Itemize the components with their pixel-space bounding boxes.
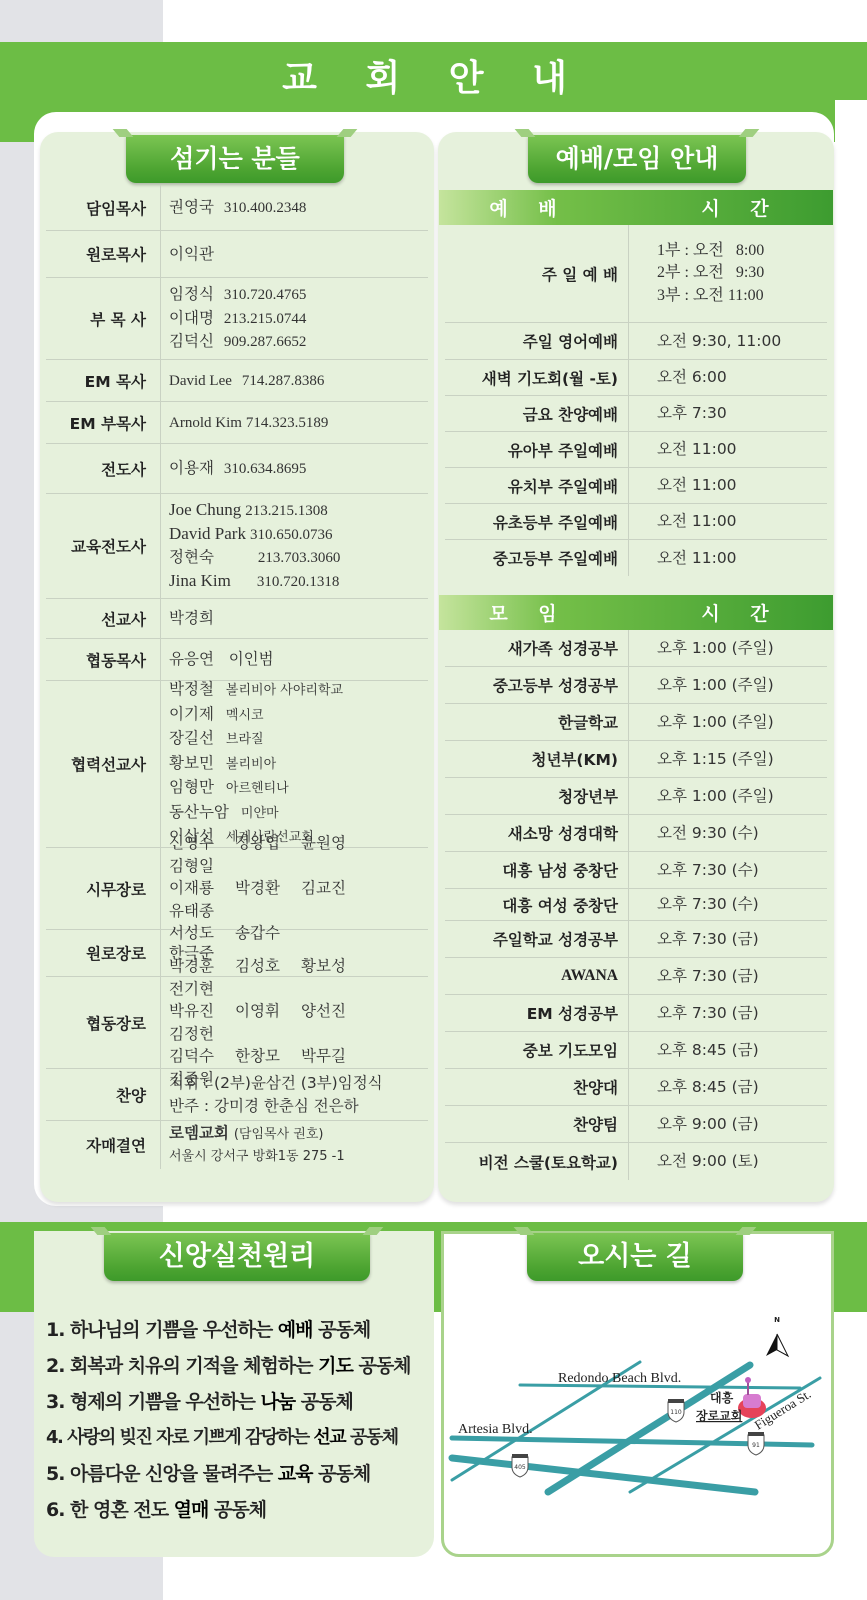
meeting-row: 찬양팀오후 9:00 (금)	[445, 1106, 827, 1143]
elder-name: 이재룡	[169, 877, 235, 900]
principle-item: 2. 회복과 치유의 기적을 체험하는 기도 공동체	[46, 1348, 426, 1384]
principle-keyword: 나눔	[260, 1391, 295, 1413]
elder-name: 박경환	[235, 877, 301, 900]
staff-phone: 310.720.4765	[224, 287, 307, 303]
directions-section-title: 오시는 길	[527, 1233, 743, 1281]
staff-role: 시무장로	[46, 848, 161, 929]
meeting-time: 오후 1:15 (주일)	[629, 741, 827, 777]
schedule-section-title: 예배/모임 안내	[528, 135, 746, 183]
principle-keyword: 기도	[318, 1355, 353, 1377]
staff-phone: 909.287.6652	[224, 334, 307, 350]
staff-name: 김덕신	[169, 332, 214, 350]
staff-phone: 310.650.0736	[250, 527, 333, 543]
meeting-name: 중보 기도모임	[445, 1032, 629, 1068]
staff-role: EM 목사	[46, 360, 161, 401]
worship-table-header: 예 배 시 간	[439, 190, 833, 225]
worship-time: 오전 11:00	[629, 468, 827, 503]
worship-time: 오전 9:30, 11:00	[629, 323, 827, 359]
staff-row-praise: 찬양 지휘 : (2부)윤삼건 (3부)임정식 반주 : 강미경 한춘심 전은하	[46, 1069, 428, 1121]
worship-name: 유치부 주일예배	[445, 468, 629, 503]
elder-name: 유태종	[169, 900, 235, 923]
staff-phone: 310.400.2348	[224, 200, 307, 216]
elder-name: 한창모	[235, 1045, 301, 1068]
meeting-row: 한글학교오후 1:00 (주일)	[445, 704, 827, 741]
staff-table: 담임목사 권영국310.400.2348 원로목사 이익관 부 목 사 임정식3…	[46, 185, 428, 1169]
staff-name: 유응연 이인범	[169, 650, 274, 668]
column-header-meeting: 모 임	[439, 599, 619, 626]
staff-name: 임정식	[169, 285, 214, 303]
staff-row-associate-pastors: 부 목 사 임정식310.720.4765 이대명213.215.0744 김덕…	[46, 278, 428, 360]
choir-conductors: 지휘 : (2부)윤삼건 (3부)임정식	[169, 1072, 428, 1095]
map-label-artesia: Artesia Blvd.	[458, 1422, 533, 1437]
staff-role: 협력선교사	[46, 681, 161, 847]
page-title: 교 회 안 내	[0, 50, 867, 101]
elder-name: 이영휘	[235, 1000, 301, 1023]
north-arrow-icon: N	[766, 1316, 788, 1356]
elder-name: 김정헌	[169, 1023, 235, 1046]
meeting-name: 찬양팀	[445, 1106, 629, 1142]
meeting-name: 한글학교	[445, 704, 629, 740]
worship-table: 예 배 시 간 주 일 예 배 1부 : 오전 8:00 2부 : 오전 9:3…	[439, 190, 833, 576]
meeting-row: 청장년부오후 1:00 (주일)	[445, 778, 827, 815]
staff-row-missionary: 선교사 박경희	[46, 599, 428, 639]
worship-time: 오전 11:00	[629, 504, 827, 539]
staff-role: 담임목사	[46, 185, 161, 230]
elder-name: 신영수	[169, 832, 235, 855]
worship-time: 3부 : 오전 11:00	[657, 285, 827, 308]
staff-phone: 213.215.1308	[245, 503, 328, 519]
freeway-shield-405-icon: 405	[512, 1454, 528, 1477]
meeting-name: EM 성경공부	[445, 995, 629, 1031]
worship-row: 주 일 예 배 1부 : 오전 8:00 2부 : 오전 9:30 3부 : 오…	[445, 225, 827, 323]
meeting-name: 청장년부	[445, 778, 629, 814]
staff-name: 정현숙	[169, 548, 214, 566]
worship-time: 2부 : 오전 9:30	[657, 262, 827, 285]
staff-role: 협동장로	[46, 977, 161, 1068]
worship-time: 1부 : 오전 8:00	[657, 240, 827, 263]
meeting-row: 새소망 성경대학오전 9:30 (수)	[445, 815, 827, 852]
missionary-name: 동산누암	[169, 803, 229, 821]
staff-name: 권영국	[169, 198, 214, 216]
mission-field: 아르헨티나	[226, 781, 289, 796]
staff-name: David Lee	[169, 373, 232, 389]
staff-section-title: 섬기는 분들	[126, 135, 344, 183]
meeting-name: 중고등부 성경공부	[445, 667, 629, 703]
meeting-time: 오후 8:45 (금)	[629, 1069, 827, 1105]
elder-name: 박경훈	[169, 955, 235, 978]
elder-name: 정왕엽	[235, 832, 301, 855]
worship-row: 유아부 주일예배 오전 11:00	[445, 432, 827, 468]
meeting-name: 새소망 성경대학	[445, 815, 629, 851]
staff-name: Joe Chung	[169, 500, 241, 519]
staff-phone: 213.215.0744	[224, 311, 307, 327]
meeting-time: 오전 9:00 (토)	[629, 1143, 827, 1180]
svg-text:N: N	[774, 1316, 780, 1324]
svg-text:405: 405	[514, 1464, 526, 1471]
meeting-time: 오후 1:00 (주일)	[629, 704, 827, 740]
meeting-name: 청년부(KM)	[445, 741, 629, 777]
worship-time: 오후 7:30	[629, 396, 827, 431]
freeway-shield-91-icon: 91	[748, 1432, 764, 1455]
worship-name: 유아부 주일예배	[445, 432, 629, 467]
elder-name: 김교진	[301, 877, 367, 900]
staff-phone: 310.720.1318	[257, 574, 340, 590]
staff-row-em-pastor: EM 목사 David Lee714.287.8386	[46, 360, 428, 402]
meeting-time: 오후 7:30 (수)	[629, 852, 827, 888]
elder-name: 윤원영	[301, 832, 367, 855]
worship-time: 오전 6:00	[629, 360, 827, 395]
principle-item: 6. 한 영혼 전도 열매 공동체	[46, 1492, 426, 1528]
map-label-redondo: Redondo Beach Blvd.	[558, 1371, 681, 1386]
principle-keyword: 예배	[278, 1319, 313, 1341]
meeting-name: 대흥 여성 중창단	[445, 889, 629, 920]
principle-item: 1. 하나님의 기쁨을 우선하는 예배 공동체	[46, 1312, 426, 1348]
staff-role: 전도사	[46, 444, 161, 493]
staff-role: 원로목사	[46, 231, 161, 277]
staff-row-sister-church: 자매결연 로뎀교회 (담임목사 권호) 서울시 강서구 방화1동 275 -1	[46, 1121, 428, 1169]
meeting-row: 대흥 남성 중창단오후 7:30 (수)	[445, 852, 827, 889]
staff-name: 박경희	[169, 609, 214, 627]
staff-name: 이대명	[169, 309, 214, 327]
elder-name: 김형일	[169, 855, 235, 878]
elder-name: 양선진	[301, 1000, 367, 1023]
staff-name: 이익관	[169, 245, 214, 263]
staff-phone: 714.287.8386	[242, 373, 325, 389]
worship-name: 새벽 기도회(월 -토)	[445, 360, 629, 395]
worship-name: 유초등부 주일예배	[445, 504, 629, 539]
meeting-row: 새가족 성경공부오후 1:00 (주일)	[445, 630, 827, 667]
column-header-worship: 예 배	[439, 194, 619, 221]
meeting-time: 오후 9:00 (금)	[629, 1106, 827, 1142]
meeting-row: 찬양대오후 8:45 (금)	[445, 1069, 827, 1106]
elder-name: 박유진	[169, 1000, 235, 1023]
missionary-name: 장길선	[169, 729, 214, 747]
staff-name: David Park	[169, 524, 246, 543]
staff-role: 부 목 사	[46, 278, 161, 359]
worship-row: 유치부 주일예배 오전 11:00	[445, 468, 827, 504]
meeting-time: 오후 1:00 (주일)	[629, 667, 827, 703]
map-label-church-line2: 장로교회	[696, 1408, 742, 1423]
staff-role: 교육전도사	[46, 494, 161, 598]
elder-name: 김성호	[235, 955, 301, 978]
staff-name: Jina Kim	[169, 571, 231, 590]
meeting-time: 오후 7:30 (금)	[629, 958, 827, 994]
worship-row: 금요 찬양예배 오후 7:30	[445, 396, 827, 432]
worship-row: 중고등부 주일예배 오전 11:00	[445, 540, 827, 576]
staff-row-partner-missionaries: 협력선교사 박정철볼리비아 사야리학교 이기제멕시코 장길선브라질 황보민볼리비…	[46, 681, 428, 848]
meeting-row: 주일학교 성경공부오후 7:30 (금)	[445, 921, 827, 958]
worship-row: 유초등부 주일예배 오전 11:00	[445, 504, 827, 540]
staff-row-emeritus-pastor: 원로목사 이익관	[46, 231, 428, 278]
worship-time: 오전 11:00	[629, 432, 827, 467]
staff-row-evangelist: 전도사 이용재310.634.8695	[46, 444, 428, 494]
freeway-shield-110-icon: 110	[668, 1399, 684, 1422]
principle-keyword: 교육	[278, 1463, 313, 1485]
meeting-row: 청년부(KM)오후 1:15 (주일)	[445, 741, 827, 778]
background-strip-top	[0, 0, 163, 42]
missionary-name: 임형만	[169, 778, 214, 796]
meeting-row: 중보 기도모임오후 8:45 (금)	[445, 1032, 827, 1069]
elder-name: 박무길	[301, 1045, 367, 1068]
staff-row-active-elders: 시무장로 신영수정왕엽윤원영김형일 이재룡박경환김교진유태종 서성도송갑수	[46, 848, 428, 930]
worship-name: 주일 영어예배	[445, 323, 629, 359]
sister-church-address: 서울시 강서구 방화1동 275 -1	[169, 1146, 428, 1169]
mission-field: 미얀마	[241, 806, 279, 821]
meeting-name: 대흥 남성 중창단	[445, 852, 629, 888]
meeting-row: AWANA오후 7:30 (금)	[445, 958, 827, 995]
svg-text:91: 91	[752, 1442, 760, 1449]
worship-row: 주일 영어예배 오전 9:30, 11:00	[445, 323, 827, 360]
meeting-name: 찬양대	[445, 1069, 629, 1105]
meeting-time: 오전 9:30 (수)	[629, 815, 827, 851]
meetings-table-header: 모 임 시 간	[439, 595, 833, 630]
elder-name: 김덕수	[169, 1045, 235, 1068]
worship-name: 중고등부 주일예배	[445, 540, 629, 576]
meeting-time: 오후 1:00 (주일)	[629, 778, 827, 814]
staff-role: 선교사	[46, 599, 161, 638]
staff-role: 협동목사	[46, 639, 161, 680]
location-map[interactable]: Redondo Beach Blvd. Artesia Blvd. Figuer…	[440, 1300, 840, 1540]
worship-name: 주 일 예 배	[445, 225, 629, 322]
staff-phone: 714.323.5189	[246, 415, 329, 431]
sister-church-note: (담임목사 권호)	[234, 1127, 324, 1142]
missionary-name: 황보민	[169, 754, 214, 772]
principle-item: 4. 사랑의 빚진 자로 기쁘게 감당하는 선교 공동체	[46, 1420, 426, 1456]
meetings-table: 모 임 시 간 새가족 성경공부오후 1:00 (주일) 중고등부 성경공부오후…	[439, 595, 833, 1180]
worship-time: 오전 11:00	[629, 540, 827, 576]
staff-phone: 213.703.3060	[258, 550, 341, 566]
staff-row-education-evangelists: 교육전도사 Joe Chung213.215.1308 David Park31…	[46, 494, 428, 599]
elder-name: 전기현	[169, 978, 235, 1001]
meeting-row: 중고등부 성경공부오후 1:00 (주일)	[445, 667, 827, 704]
svg-text:110: 110	[670, 1409, 682, 1416]
mission-field: 브라질	[226, 732, 264, 747]
staff-row-cooperating-elders: 협동장로 박경훈김성호황보성전기현 박유진이영휘양선진김정헌 김덕수한창모박무길…	[46, 977, 428, 1069]
meeting-time: 오후 7:30 (금)	[629, 921, 827, 957]
meeting-name: AWANA	[445, 958, 629, 994]
staff-role: 자매결연	[46, 1121, 161, 1169]
principle-keyword: 열매	[174, 1499, 209, 1521]
choir-accompanists: 반주 : 강미경 한춘심 전은하	[169, 1095, 428, 1118]
principle-keyword: 선교	[313, 1427, 345, 1448]
map-label-church-line1: 대흥	[710, 1390, 734, 1405]
principle-item: 3. 형제의 기쁨을 우선하는 나눔 공동체	[46, 1384, 426, 1420]
meeting-time: 오후 8:45 (금)	[629, 1032, 827, 1068]
staff-role: EM 부목사	[46, 402, 161, 443]
mission-field: 볼리비아	[226, 757, 276, 772]
meeting-row: EM 성경공부오후 7:30 (금)	[445, 995, 827, 1032]
meeting-name: 주일학교 성경공부	[445, 921, 629, 957]
mission-field: 멕시코	[226, 708, 264, 723]
meeting-time: 오후 7:30 (수)	[629, 889, 827, 920]
column-header-time: 시 간	[619, 599, 833, 626]
staff-row-senior-pastor: 담임목사 권영국310.400.2348	[46, 185, 428, 231]
staff-phone: 310.634.8695	[224, 461, 307, 477]
principles-list: 1. 하나님의 기쁨을 우선하는 예배 공동체 2. 회복과 치유의 기적을 체…	[46, 1312, 426, 1528]
column-header-time: 시 간	[619, 194, 833, 221]
banner-notch	[835, 100, 867, 142]
meeting-time: 오후 7:30 (금)	[629, 995, 827, 1031]
elder-name: 황보성	[301, 955, 367, 978]
principle-item: 5. 아름다운 신앙을 물려주는 교육 공동체	[46, 1456, 426, 1492]
freeway-405	[452, 1458, 755, 1492]
sister-church-name: 로뎀교회	[169, 1124, 229, 1142]
staff-name: Arnold Kim	[169, 415, 242, 431]
principles-section-title: 신앙실천원리	[104, 1233, 370, 1281]
staff-role: 원로장로	[46, 930, 161, 976]
missionary-name: 이기제	[169, 705, 214, 723]
staff-role: 찬양	[46, 1069, 161, 1120]
mission-field: 볼리비아 사야리학교	[226, 683, 343, 698]
meeting-row: 비전 스쿨(토요학교)오전 9:00 (토)	[445, 1143, 827, 1180]
meeting-name: 비전 스쿨(토요학교)	[445, 1143, 629, 1180]
worship-row: 새벽 기도회(월 -토) 오전 6:00	[445, 360, 827, 396]
worship-name: 금요 찬양예배	[445, 396, 629, 431]
missionary-name: 박정철	[169, 680, 214, 698]
staff-name: 이용재	[169, 459, 214, 477]
meeting-time: 오후 1:00 (주일)	[629, 630, 827, 666]
staff-row-em-associate: EM 부목사 Arnold Kim714.323.5189	[46, 402, 428, 444]
staff-row-cooperating-pastors: 협동목사 유응연 이인범	[46, 639, 428, 681]
meeting-name: 새가족 성경공부	[445, 630, 629, 666]
meeting-row: 대흥 여성 중창단오후 7:30 (수)	[445, 889, 827, 921]
